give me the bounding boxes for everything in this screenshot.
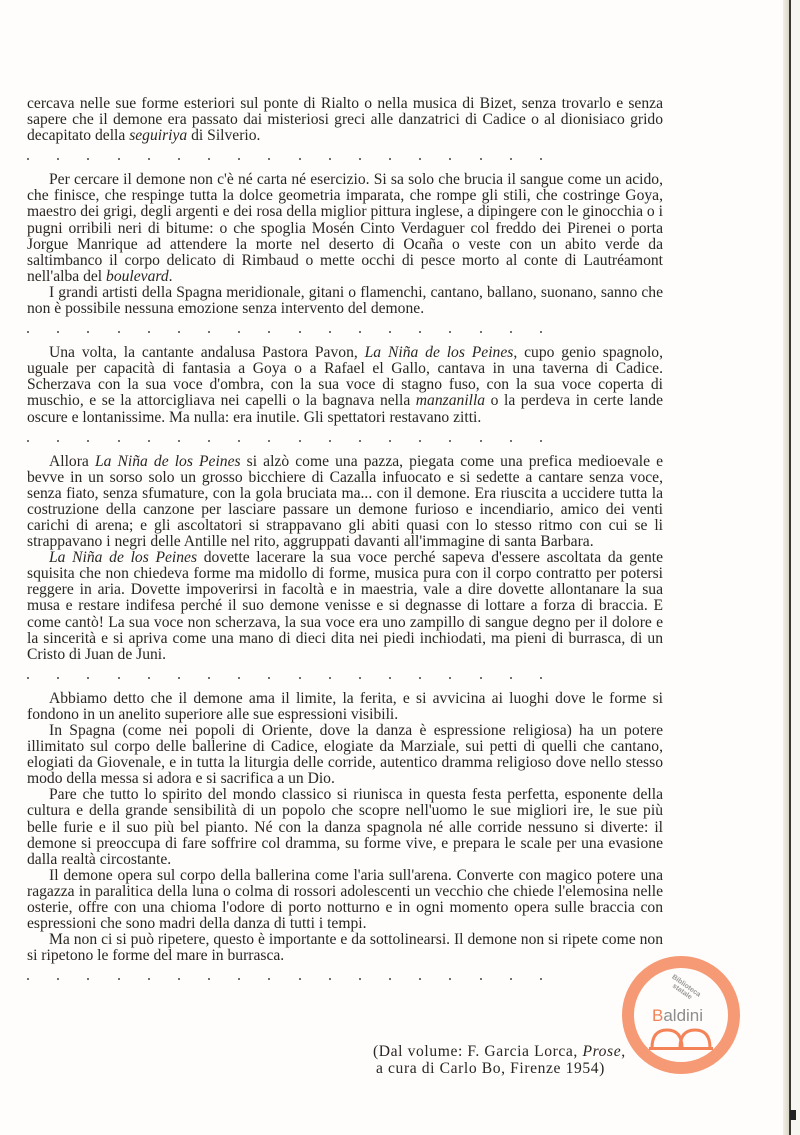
page-outer-margin	[791, 0, 800, 1135]
separator-dot	[148, 331, 150, 333]
text-run: di Silverio.	[187, 127, 260, 144]
separator-dot	[359, 978, 361, 980]
separator-dot	[238, 677, 240, 679]
watermark-library-label: Biblioteca statale	[664, 972, 705, 1006]
separator-dot	[87, 677, 89, 679]
separator-dot	[148, 677, 150, 679]
separator-dot	[329, 158, 331, 160]
citation-prefix: (Dal volume: F. Garcia Lorca,	[373, 1043, 582, 1060]
paragraph: Ma non ci si può ripetere, questo è impo…	[27, 932, 663, 964]
separator-dot	[510, 677, 512, 679]
separator-dot	[208, 158, 210, 160]
separator-dot	[329, 677, 331, 679]
separator-dot	[540, 158, 542, 160]
watermark-name-rest: aldini	[663, 1006, 703, 1025]
separator-dot	[389, 440, 391, 442]
separator-dot	[238, 440, 240, 442]
separator-dot	[359, 440, 361, 442]
separator-dot	[208, 677, 210, 679]
text-run: Pare che tutto lo spirito del mondo clas…	[27, 786, 663, 867]
separator-dot	[27, 677, 29, 679]
separator-dot	[389, 158, 391, 160]
separator-dot	[419, 978, 421, 980]
separator-dot	[480, 440, 482, 442]
separator-dot	[480, 158, 482, 160]
separator-dot	[178, 978, 180, 980]
separator-dot	[540, 331, 542, 333]
dotted-section-separator	[27, 673, 542, 683]
paragraph: Abbiamo detto che il demone ama il limit…	[27, 691, 663, 723]
separator-dot	[540, 677, 542, 679]
separator-dot	[208, 331, 210, 333]
separator-dot	[118, 978, 120, 980]
dotted-section-separator	[27, 436, 542, 446]
separator-dot	[419, 331, 421, 333]
separator-dot	[540, 978, 542, 980]
italic-term: boulevard	[106, 268, 169, 285]
separator-dot	[268, 158, 270, 160]
paragraph: La Niña de los Peines dovette lacerare l…	[27, 550, 663, 663]
italic-term: La Niña de los Peines	[365, 344, 514, 361]
text-run: Allora	[49, 453, 95, 470]
separator-dot	[148, 158, 150, 160]
separator-dot	[118, 440, 120, 442]
text-run: .	[169, 268, 173, 285]
text-run: cercava nelle sue forme esteriori sul po…	[27, 95, 663, 144]
separator-dot	[208, 978, 210, 980]
separator-dot	[148, 978, 150, 980]
separator-dot	[57, 677, 59, 679]
body-text: cercava nelle sue forme esteriori sul po…	[27, 96, 663, 992]
text-run: I grandi artisti della Spagna meridional…	[27, 284, 663, 317]
text-run: Ma non ci si può ripetere, questo è impo…	[27, 931, 663, 964]
separator-dot	[329, 331, 331, 333]
separator-dot	[449, 440, 451, 442]
separator-dot	[389, 978, 391, 980]
separator-dot	[57, 331, 59, 333]
separator-dot	[389, 677, 391, 679]
separator-dot	[87, 331, 89, 333]
separator-dot	[118, 158, 120, 160]
separator-dot	[178, 158, 180, 160]
separator-dot	[27, 331, 29, 333]
separator-dot	[27, 978, 29, 980]
separator-dot	[178, 440, 180, 442]
separator-dot	[27, 158, 29, 160]
separator-dot	[480, 677, 482, 679]
separator-dot	[510, 331, 512, 333]
citation-suffix: ,	[621, 1043, 626, 1060]
separator-dot	[178, 331, 180, 333]
separator-dot	[510, 978, 512, 980]
dotted-section-separator	[27, 327, 542, 337]
paragraph: Il demone opera sul corpo della ballerin…	[27, 868, 663, 932]
separator-dot	[27, 440, 29, 442]
separator-dot	[480, 331, 482, 333]
separator-dot	[359, 331, 361, 333]
separator-dot	[359, 158, 361, 160]
paragraph: I grandi artisti della Spagna meridional…	[27, 285, 663, 317]
separator-dot	[238, 158, 240, 160]
separator-dot	[57, 978, 59, 980]
separator-dot	[268, 978, 270, 980]
separator-dot	[87, 158, 89, 160]
separator-dot	[510, 158, 512, 160]
text-run: Una volta, la cantante andalusa Pastora …	[49, 344, 365, 361]
separator-dot	[449, 677, 451, 679]
watermark-initial: B	[652, 1006, 663, 1025]
text-run: Abbiamo detto che il demone ama il limit…	[27, 690, 663, 723]
scanned-page: cercava nelle sue forme esteriori sul po…	[0, 0, 800, 1135]
separator-dot	[148, 440, 150, 442]
dotted-section-separator	[27, 974, 542, 984]
separator-dot	[87, 440, 89, 442]
paragraph: Una volta, la cantante andalusa Pastora …	[27, 345, 663, 425]
separator-dot	[480, 978, 482, 980]
separator-dot	[299, 440, 301, 442]
text-run: Il demone opera sul corpo della ballerin…	[27, 867, 663, 932]
separator-dot	[299, 158, 301, 160]
citation-line-1: (Dal volume: F. Garcia Lorca, Prose,	[373, 1043, 626, 1060]
separator-dot	[57, 158, 59, 160]
citation-title: Prose	[582, 1043, 621, 1060]
text-run: In Spagna (come nei popoli di Oriente, d…	[27, 722, 663, 787]
paragraph: Allora La Niña de los Peines si alzò com…	[27, 454, 663, 551]
separator-dot	[540, 440, 542, 442]
separator-dot	[389, 331, 391, 333]
separator-dot	[299, 331, 301, 333]
separator-dot	[419, 677, 421, 679]
separator-dot	[238, 978, 240, 980]
separator-dot	[268, 331, 270, 333]
italic-term: La Niña de los Peines	[49, 549, 197, 566]
edge-scan-mark	[790, 1110, 796, 1120]
separator-dot	[329, 978, 331, 980]
separator-dot	[419, 440, 421, 442]
separator-dot	[299, 978, 301, 980]
separator-dot	[359, 677, 361, 679]
paragraph: cercava nelle sue forme esteriori sul po…	[27, 96, 663, 144]
source-citation: (Dal volume: F. Garcia Lorca, Prose, a c…	[373, 1043, 626, 1077]
text-run: dovette lacerare la sua voce perché sape…	[27, 549, 663, 663]
dotted-section-separator	[27, 154, 542, 164]
separator-dot	[238, 331, 240, 333]
italic-term: seguiriya	[129, 127, 187, 144]
separator-dot	[118, 331, 120, 333]
separator-dot	[419, 158, 421, 160]
separator-dot	[57, 440, 59, 442]
citation-line-2: a cura di Carlo Bo, Firenze 1954)	[373, 1060, 626, 1077]
paragraph: In Spagna (come nei popoli di Oriente, d…	[27, 723, 663, 787]
separator-dot	[449, 331, 451, 333]
separator-dot	[178, 677, 180, 679]
paragraph: Pare che tutto lo spirito del mondo clas…	[27, 787, 663, 867]
separator-dot	[449, 158, 451, 160]
separator-dot	[510, 440, 512, 442]
separator-dot	[268, 440, 270, 442]
separator-dot	[87, 978, 89, 980]
library-watermark-stamp: Biblioteca statale Baldini	[622, 956, 740, 1074]
separator-dot	[449, 978, 451, 980]
paragraph: Per cercare il demone non c'è né carta n…	[27, 172, 663, 285]
watermark-library-name: Baldini	[652, 1006, 703, 1026]
separator-dot	[118, 677, 120, 679]
double-arch-book-icon	[648, 1028, 714, 1050]
separator-dot	[299, 677, 301, 679]
separator-dot	[208, 440, 210, 442]
italic-term: manzanilla	[416, 392, 485, 409]
italic-term: La Niña de los Peines	[95, 453, 241, 470]
separator-dot	[329, 440, 331, 442]
separator-dot	[268, 677, 270, 679]
